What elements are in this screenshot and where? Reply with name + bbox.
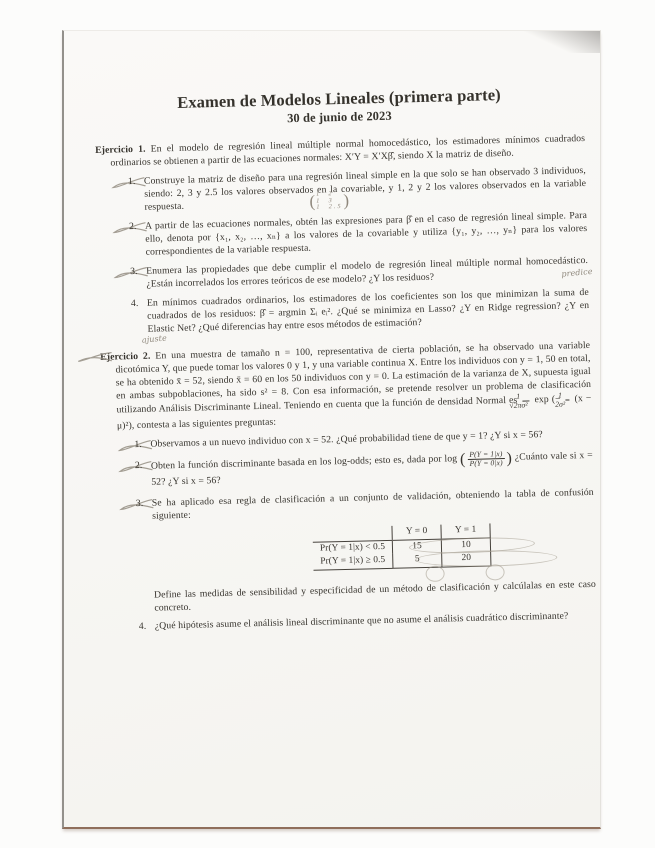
- item-text: Observamos a un nuevo individuo con x = …: [150, 429, 543, 450]
- exercise1-intro: En el modelo de regresión lineal múltipl…: [110, 133, 585, 169]
- logodds-close-paren: ): [506, 450, 512, 467]
- exercise1-list: 1. Construye la matriz de diseño para un…: [96, 164, 590, 337]
- handwritten-word-predice: predice: [560, 265, 592, 281]
- pencil-circle: [425, 566, 444, 582]
- exercise2-intro-question: contesta a las siguientes preguntas:: [137, 417, 276, 431]
- exercise2-item-3: 3. Se ha aplicado esa regla de clasifica…: [152, 486, 596, 574]
- pencil-circle: [485, 564, 504, 580]
- exam-paper: Examen de Modelos Lineales (primera part…: [62, 30, 601, 829]
- exercise1-item-1: 1. Construye la matriz de diseño para un…: [144, 164, 587, 214]
- item-text: A partir de las ecuaciones normales, obt…: [145, 210, 587, 258]
- handwritten-word-ajuste: ajuste: [141, 331, 167, 346]
- fraction-numerator: 1: [522, 392, 529, 400]
- matrix-open-paren: (: [309, 193, 315, 210]
- item-text: Enumera las propiedades que debe cumplir…: [146, 255, 588, 290]
- density-fraction: 1√2πσ²: [522, 392, 530, 409]
- item-number: 1.: [134, 438, 142, 451]
- fraction-denominator: 2σ²: [566, 399, 570, 408]
- item-number: 3.: [130, 265, 138, 278]
- item-number: 4.: [139, 619, 147, 632]
- exercise1-item-2: 2. A partir de las ecuaciones normales, …: [145, 209, 588, 259]
- fraction-denominator: P(Y = 0|x): [467, 458, 504, 468]
- exercise1-label: Ejercicio 1.: [95, 144, 146, 156]
- scanned-page-photo: Examen de Modelos Lineales (primera part…: [0, 0, 655, 848]
- item-text: ¿Qué hipótesis asume el análisis lineal …: [155, 610, 569, 631]
- item-number: 2.: [135, 459, 143, 472]
- exercise1-item-3: 3. Enumera las propiedades que debe cump…: [146, 254, 589, 291]
- handwritten-design-matrix: ( 1 2 1 3 1 2.5 ): [309, 191, 349, 211]
- exp-fraction: 12σ²: [565, 391, 569, 408]
- matrix-close-paren: ): [343, 192, 349, 209]
- paper-corner-shade: [505, 31, 600, 53]
- matrix-row: 1 2.5: [316, 204, 342, 211]
- exam-content: Examen de Modelos Lineales (primera part…: [94, 83, 597, 639]
- exercise2-item-1: 1. Observamos a un nuevo individuo con x…: [150, 427, 592, 451]
- confusion-table-area: Y = 0 Y = 1 Pr(Y = 1|x) < 0.5 15 10 Pr(Y…: [312, 523, 491, 570]
- exercise1-paragraph: Ejercicio 1. En el modelo de regresión l…: [95, 132, 585, 170]
- item-number: 1.: [128, 175, 136, 188]
- item-text: Obten la función discriminante basada en…: [151, 453, 458, 471]
- exercise2-paragraph: Ejercicio 2. En una muestra de tamaño n …: [100, 339, 592, 433]
- table-row-label: Pr(Y = 1|x) ≥ 0.5: [313, 554, 393, 570]
- fraction-denominator: √2πσ²: [522, 400, 530, 409]
- matrix-rows: 1 2 1 3 1 2.5: [316, 191, 343, 211]
- item-number: 2.: [129, 220, 137, 233]
- exercise1-item-4: 4. En mínimos cuadrados ordinarios, los …: [147, 286, 590, 336]
- pencil-check-mark: [76, 349, 112, 366]
- logodds-fraction: P(Y = 1|x)P(Y = 0|x): [467, 450, 505, 468]
- table-header-cell: Y = 1: [441, 523, 490, 538]
- fraction-numerator: 1: [565, 391, 569, 399]
- item-text: Construye la matriz de diseño para una r…: [144, 165, 586, 213]
- exercise2-item-2: 2. Obten la función discriminante basada…: [151, 448, 594, 489]
- item-number: 3.: [136, 497, 144, 510]
- logodds-open-paren: (: [460, 451, 466, 468]
- table-header-cell: Y = 0: [392, 525, 441, 540]
- sensitivity-definition-paragraph: Define las medidas de sensibilidad y esp…: [154, 577, 597, 614]
- item-text: En mínimos cuadrados ordinarios, los est…: [147, 287, 589, 335]
- exercise2-list: 1. Observamos a un nuevo individuo con x…: [102, 427, 595, 575]
- item-number: 4.: [131, 297, 139, 310]
- item-text: Se ha aplicado esa regla de clasificació…: [152, 487, 594, 522]
